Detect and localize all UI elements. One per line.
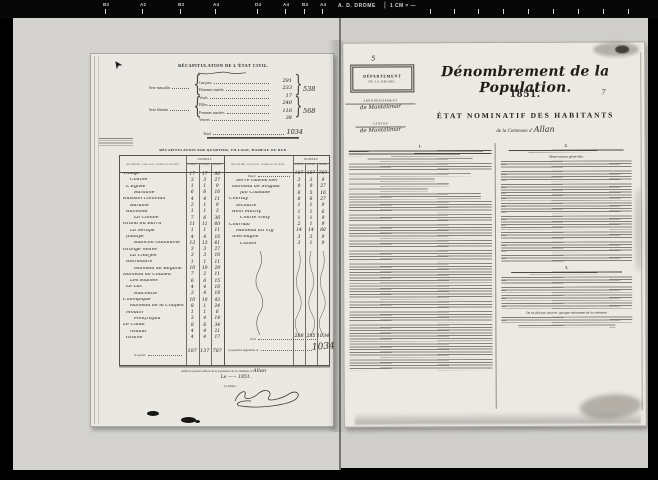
- row-count: 11: [211, 229, 224, 233]
- row-count: 5: [305, 192, 317, 196]
- subcolumn-header: de maisons.: [293, 164, 305, 166]
- ruler-tick: [322, 9, 323, 14]
- certification-line: Arrêté le présent tableau de la populati…: [131, 368, 316, 374]
- blank-squiggle: [250, 251, 270, 335]
- row-place-name: Cournad: [229, 223, 291, 228]
- title-flourish: [196, 70, 248, 76]
- row-count: 3: [305, 236, 317, 240]
- recap-row: Femmes mariées: [199, 109, 271, 115]
- row-count: 14: [305, 229, 317, 233]
- row-count: 7: [186, 273, 199, 277]
- department-box-inner: DÉPARTEMENT DE LA DROME.: [352, 67, 412, 91]
- recap-row-label: Femmes mariées: [199, 111, 225, 115]
- row-count: 1: [199, 305, 212, 309]
- row-place-name: Moulin: [126, 311, 184, 316]
- row-count: 1: [199, 185, 212, 189]
- smallprint: [349, 173, 471, 177]
- row-place-name: Fontfrayau: [134, 317, 184, 322]
- ruler-tick: [478, 9, 479, 14]
- row-place-name: Grand du Barril: [123, 222, 184, 227]
- recap-total-row: Total 1034: [203, 128, 303, 136]
- row-count: 6: [211, 311, 224, 315]
- smallprint: [349, 250, 492, 262]
- recap-row-label: Hommes mariés: [199, 88, 224, 92]
- nombre-header: NOMBRE: [293, 158, 329, 161]
- group-brace-total: 538: [303, 85, 315, 93]
- ruler-tick: [454, 9, 455, 14]
- row-count: 3: [186, 248, 199, 252]
- smallprint-heading: [349, 150, 492, 157]
- nota-smallprint: [99, 138, 133, 147]
- row-count: 17: [186, 173, 199, 177]
- ruler-grade-label: B3: [178, 2, 184, 7]
- smallprint: [501, 202, 632, 214]
- row-count: 1: [305, 223, 317, 227]
- right-total-label: Total: [250, 338, 256, 341]
- row-count: 1: [186, 261, 199, 265]
- smallprint: [501, 231, 632, 240]
- certification-text: Arrêté le présent tableau de la populati…: [181, 369, 252, 373]
- row-count: 6: [199, 324, 212, 328]
- name-column-header: QUARTIER, VILLAGE, HAMEAU OU RUE.: [120, 156, 186, 172]
- row-count: 1: [199, 210, 212, 214]
- smallprint: [349, 224, 492, 239]
- row-count: 3: [199, 248, 212, 252]
- row-count: 16: [211, 191, 224, 195]
- ruler-tick: [105, 9, 106, 14]
- row-place-name: Serre Gasharnier: [236, 179, 298, 184]
- row-count: 4: [186, 336, 199, 340]
- smallprint: [501, 183, 632, 201]
- smallprint: [349, 201, 492, 213]
- page-edge-line: [94, 56, 95, 424]
- row-count: 18: [211, 292, 224, 296]
- row-count: 8: [186, 305, 199, 309]
- smallprint: [501, 215, 632, 230]
- row-count: 3: [186, 179, 199, 183]
- commune-line: de la Commune d' Allan: [410, 124, 642, 134]
- recap-row-value: 233: [272, 85, 292, 91]
- row-place-name: Hameau de Singlad: [232, 185, 294, 190]
- smallprint: [501, 294, 632, 301]
- smallprint: [501, 170, 632, 182]
- ruler-grade-label: D4: [255, 2, 261, 7]
- row-count: 3: [186, 254, 199, 258]
- row-count: 14: [211, 317, 224, 321]
- row-count: 3: [211, 210, 224, 214]
- ruler-tick: [628, 9, 629, 14]
- row-count: 1: [186, 210, 199, 214]
- row-count: 7: [186, 217, 199, 221]
- subtitle: ÉTAT NOMINATIF DES HABITANTS: [409, 110, 641, 120]
- row-count: 11: [211, 273, 224, 277]
- row-count: 1: [305, 242, 317, 246]
- row-place-name: Graine: [126, 336, 184, 341]
- row-count: 36: [211, 217, 224, 221]
- row-count: 4: [199, 198, 212, 202]
- page-edge-line: [98, 56, 99, 424]
- quartier-table-title: RÉCAPITULATION PAR QUARTIER, VILLAGE, HA…: [116, 148, 331, 152]
- subcolumn-header: de ménages.: [305, 164, 317, 166]
- row-count: 13: [186, 242, 199, 246]
- commune-value: Allan: [534, 125, 555, 134]
- row-count: 16: [211, 286, 224, 290]
- row-place-name: Village: [123, 172, 184, 177]
- row-count: 3: [305, 179, 317, 183]
- reporter-menages: 137: [199, 350, 212, 355]
- row-count: 16: [211, 236, 224, 240]
- nombre-header: NOMBRE: [186, 158, 224, 161]
- name-column-header: QUARTIER, VILLAGE, HAMEAU OU RUE.: [224, 156, 294, 172]
- ruler-separator: |: [384, 2, 386, 9]
- row-place-name: Blancon Guillaume: [134, 241, 184, 246]
- row-count: 2: [293, 223, 305, 227]
- row-count: 13: [199, 242, 212, 246]
- ruler-tick: [142, 9, 143, 14]
- row-count: 43: [211, 299, 224, 303]
- total-rule: [207, 138, 299, 139]
- row-count: 4: [199, 330, 212, 334]
- closing-brace: }: [294, 96, 302, 119]
- row-place-name: Hameau de Bégune: [134, 267, 184, 272]
- ruler-tick: [304, 9, 305, 14]
- row-count: 6: [199, 280, 212, 284]
- recap-row-value: 38: [272, 115, 292, 121]
- row-count: 1: [199, 229, 212, 233]
- report-row-value: 187: [305, 172, 317, 176]
- certification-commune: Allan: [253, 368, 266, 374]
- row-place-name: Couthe: [130, 178, 184, 183]
- subcolumn-header: de ménages.: [199, 164, 212, 166]
- recap-total-value: 1034: [286, 128, 303, 136]
- row-count: 96: [211, 173, 224, 177]
- smallprint-heading: [512, 271, 622, 274]
- recap-row: Garçons: [199, 79, 271, 85]
- ruler-grade-label: B2: [103, 2, 109, 7]
- total-rule: [207, 137, 299, 138]
- recap-row: Hommes mariés: [199, 86, 271, 92]
- scale-label: 1 CM = —: [390, 3, 416, 9]
- department-line2: DE LA DROME.: [369, 80, 397, 84]
- smallprint: [349, 324, 492, 342]
- reporter-maisons: 187: [186, 350, 199, 355]
- page-right-denombrement: 5 DÉPARTEMENT DE LA DROME. ARRONDISSEMEN…: [342, 41, 647, 427]
- row-count: 21: [211, 330, 224, 334]
- census-year: 1851.: [409, 87, 641, 100]
- reporter-row: À reporter: [134, 351, 184, 357]
- row-count: 27: [211, 248, 224, 252]
- row-count: 6: [186, 191, 199, 195]
- section-2-number: 2.: [501, 142, 632, 148]
- row-place-name: Le Lac: [126, 285, 184, 290]
- group-brace-total: 568: [303, 107, 315, 115]
- row-count: 11: [211, 198, 224, 202]
- row-place-name: La Charjée: [130, 254, 184, 259]
- smallprint-footer: [518, 324, 615, 327]
- row-count: 34: [211, 324, 224, 328]
- report-row-label: Report: [248, 172, 292, 178]
- row-place-name: Grange neuve: [123, 248, 184, 253]
- smallprint: [349, 183, 449, 186]
- row-count: 3: [199, 179, 212, 183]
- total-maisons: 288: [293, 335, 305, 340]
- row-count: 24: [211, 305, 224, 309]
- row-count: 3: [293, 242, 305, 246]
- department-line1: DÉPARTEMENT: [363, 73, 401, 78]
- row-count: 17: [199, 173, 212, 177]
- smallprint: [501, 316, 632, 323]
- blank-squiggle: [319, 251, 327, 335]
- exclusion-line: On ne doit pas inscrire, quoique séjourn…: [501, 310, 632, 315]
- smallprint: [367, 158, 473, 161]
- archive-label: A. D. DROME: [338, 3, 376, 9]
- microfilm-scan-view: B2A2B3A4D4A4B4A4 A. D. DROME | 1 CM = — …: [0, 0, 658, 480]
- page-number: 5: [371, 55, 375, 63]
- mayor-signature: [229, 387, 309, 411]
- ruler-grade-label: B4: [302, 2, 308, 7]
- row-count: 29: [211, 267, 224, 271]
- page-left-recapitulation: ➤ RÉCAPITULATION DE L'ÉTAT CIVIL. Sexe m…: [90, 53, 334, 427]
- row-count: 6: [199, 217, 212, 221]
- page-edge-stain: [615, 45, 629, 53]
- instructions-column-2: 2. Observations générales. 3. On ne doit…: [501, 142, 633, 409]
- recap-row-value: 240: [272, 100, 292, 106]
- row-count: 3: [186, 292, 199, 296]
- smallprint: [349, 301, 492, 310]
- archival-arrow-mark: ➤: [110, 57, 126, 72]
- row-count: 16: [211, 254, 224, 258]
- row-count: 11: [186, 223, 199, 227]
- row-place-name: Le Claud: [123, 323, 184, 328]
- row-count: 3: [199, 254, 212, 258]
- row-count: 4: [186, 198, 199, 202]
- ruler-grade-label: A4: [283, 2, 289, 7]
- row-count: 8: [293, 198, 305, 202]
- row-count: 14: [293, 229, 305, 233]
- dot-leader: [213, 134, 285, 135]
- smallprint: [501, 254, 632, 263]
- ruler-grade-label: A4: [213, 2, 219, 7]
- recap-row-value: 17: [272, 93, 292, 99]
- row-count: 9: [305, 185, 317, 189]
- recap-title: RÉCAPITULATION DE L'ÉTAT CIVIL.: [141, 63, 306, 68]
- observations-heading: Observations générales.: [501, 154, 632, 159]
- recap-row-label: Veuves: [199, 118, 210, 122]
- row-count: 8: [305, 198, 317, 202]
- row-count: 3: [293, 179, 305, 183]
- row-count: 4: [199, 286, 212, 290]
- row-count: 9: [211, 204, 224, 208]
- row-count: 1: [199, 311, 212, 315]
- row-count: 1: [186, 311, 199, 315]
- row-place-name: Les Blaines: [130, 279, 184, 284]
- agglomerated-label: la population agglomérée de: [228, 349, 259, 352]
- smallprint: [349, 240, 492, 249]
- row-count: 11: [211, 261, 224, 265]
- row-place-name: Joulaye: [126, 235, 184, 240]
- row-place-name: Raimond: [126, 210, 184, 215]
- row-count: 10: [199, 267, 212, 271]
- recap-row-label: Filles: [199, 103, 207, 107]
- ruler-grade-label: A2: [140, 2, 146, 7]
- row-count: 10: [199, 299, 212, 303]
- certification-date: Le —— 1851.: [181, 375, 291, 380]
- row-place-name: Blachette: [134, 292, 184, 297]
- row-place-name: Baraille: [130, 204, 184, 209]
- dot-leader: [148, 351, 182, 356]
- recap-group-label: Sexe féminin: [149, 108, 191, 112]
- row-count: 3: [293, 236, 305, 240]
- row-place-name: Hameau du Vig: [236, 229, 298, 234]
- row-count: 17: [211, 336, 224, 340]
- row-count: 10: [186, 267, 199, 271]
- row-count: 10: [186, 299, 199, 303]
- ruler-tick: [603, 9, 604, 14]
- ruler-tick: [503, 9, 504, 14]
- commune-label: de la Commune d': [496, 129, 532, 134]
- row-count: 61: [211, 242, 224, 246]
- instructions-column-1: 1.: [349, 143, 493, 410]
- row-place-name: La Serape: [130, 229, 184, 234]
- smallprint: [349, 193, 481, 200]
- blank-squiggle: [307, 251, 315, 335]
- recap-row: Veufs: [199, 94, 271, 100]
- recap-total-label: Total: [203, 132, 211, 136]
- reporter-label: À reporter: [134, 354, 146, 357]
- smallprint: [501, 160, 632, 169]
- column-divider: [495, 143, 497, 409]
- blank-squiggle: [295, 251, 303, 335]
- row-count: 6: [186, 280, 199, 284]
- smallprint: [349, 343, 492, 358]
- row-count: 6: [199, 191, 212, 195]
- ruler-tick: [285, 9, 286, 14]
- row-count: 2: [199, 273, 212, 277]
- ruler-grade-label: A4: [320, 2, 326, 7]
- row-place-name: Champique: [123, 298, 184, 303]
- ruler-bar: B2A2B3A4D4A4B4A4 A. D. DROME | 1 CM = —: [0, 0, 658, 18]
- smallprint: [349, 285, 492, 300]
- section-3-number: 3.: [501, 264, 632, 270]
- row-count: 6: [293, 192, 305, 196]
- smallprint: [349, 188, 428, 191]
- row-count: 4: [199, 236, 212, 240]
- ruler-tick: [553, 9, 554, 14]
- smallprint: [349, 311, 492, 323]
- report-row-value: 187: [293, 172, 305, 176]
- row-place-name: Rein Milchy: [232, 210, 294, 215]
- row-count: 1: [305, 204, 317, 208]
- row-count: 4: [199, 336, 212, 340]
- row-count: 1: [305, 217, 317, 221]
- ruler-tick: [180, 9, 181, 14]
- row-count: 27: [211, 179, 224, 183]
- ruler-tick: [430, 9, 431, 14]
- row-place-name: Bardane: [134, 191, 184, 196]
- department-box: DÉPARTEMENT DE LA DROME.: [350, 64, 414, 92]
- recap-row-value: 291: [272, 78, 292, 84]
- row-count: 2: [186, 204, 199, 208]
- dot-leader: [261, 346, 312, 351]
- row-place-name: Hameau de la Chapelle: [130, 304, 184, 309]
- recap-row: Filles: [199, 101, 271, 107]
- row-count: 8: [186, 324, 199, 328]
- row-count: 11: [199, 223, 212, 227]
- smallprint: [501, 276, 632, 285]
- ruler-tick: [578, 9, 579, 14]
- smallprint: [350, 359, 493, 371]
- margin-mark: 7: [601, 89, 606, 97]
- section-1-number: 1.: [349, 143, 492, 149]
- recap-row: Veuves: [199, 116, 271, 122]
- row-count: 4: [199, 317, 212, 321]
- row-count: 9: [293, 185, 305, 189]
- row-count: 1: [199, 204, 212, 208]
- row-count: 1: [186, 185, 199, 189]
- row-count: 15: [211, 280, 224, 284]
- ruler-tick: [528, 9, 529, 14]
- smallprint: [349, 163, 492, 172]
- ruler-tick: [257, 9, 258, 14]
- row-count: 4: [199, 292, 212, 296]
- table-half-divider: [224, 156, 225, 365]
- row-place-name: Buisson Commun: [123, 197, 184, 202]
- agglomerated-row: la population agglomérée de: [228, 346, 314, 352]
- recap-group-label: Sexe masculin: [149, 86, 191, 90]
- row-count: 9: [211, 185, 224, 189]
- row-count: 1: [293, 204, 305, 208]
- row-count: 1: [199, 261, 212, 265]
- row-place-name: Noblat: [130, 330, 184, 335]
- row-place-name: Hameau de Coulieu: [123, 273, 184, 278]
- smallprint: [349, 263, 492, 284]
- smallprint: [501, 286, 632, 293]
- row-count: 60: [211, 223, 224, 227]
- row-place-name: Sherbagne: [232, 235, 294, 240]
- row-place-name: L'Église: [126, 185, 184, 190]
- smallprint: [349, 214, 492, 223]
- row-place-name: Charlay: [229, 197, 291, 202]
- reporter-individus: 787: [211, 350, 224, 355]
- row-place-name: La Combe: [134, 216, 184, 221]
- row-place-name: Sichâtre: [236, 204, 298, 209]
- row-count: 1: [293, 217, 305, 221]
- row-place-name: Rochedure: [126, 260, 184, 265]
- subcolumn-header: de maisons.: [186, 164, 199, 166]
- recap-row-value: 116: [272, 108, 292, 114]
- smallprint: [349, 178, 435, 181]
- ruler-tick: [215, 9, 216, 14]
- row-count: 1: [293, 211, 305, 215]
- recap-row-label: Garçons: [199, 81, 212, 85]
- row-count: 3: [186, 317, 199, 321]
- row-count: 1: [305, 211, 317, 215]
- smallprint-heading: [508, 149, 623, 153]
- binding-gutter: [328, 40, 345, 432]
- row-count: 1: [186, 229, 199, 233]
- row-count: 4: [186, 330, 199, 334]
- row-count: 4: [186, 286, 199, 290]
- smallprint: [501, 241, 632, 253]
- quartier-table: QUARTIER, VILLAGE, HAMEAU OU RUE. NOMBRE…: [119, 155, 330, 366]
- subcolumn-header: d'individus.: [211, 164, 224, 166]
- smallprint: [501, 302, 632, 309]
- row-count: 4: [186, 236, 199, 240]
